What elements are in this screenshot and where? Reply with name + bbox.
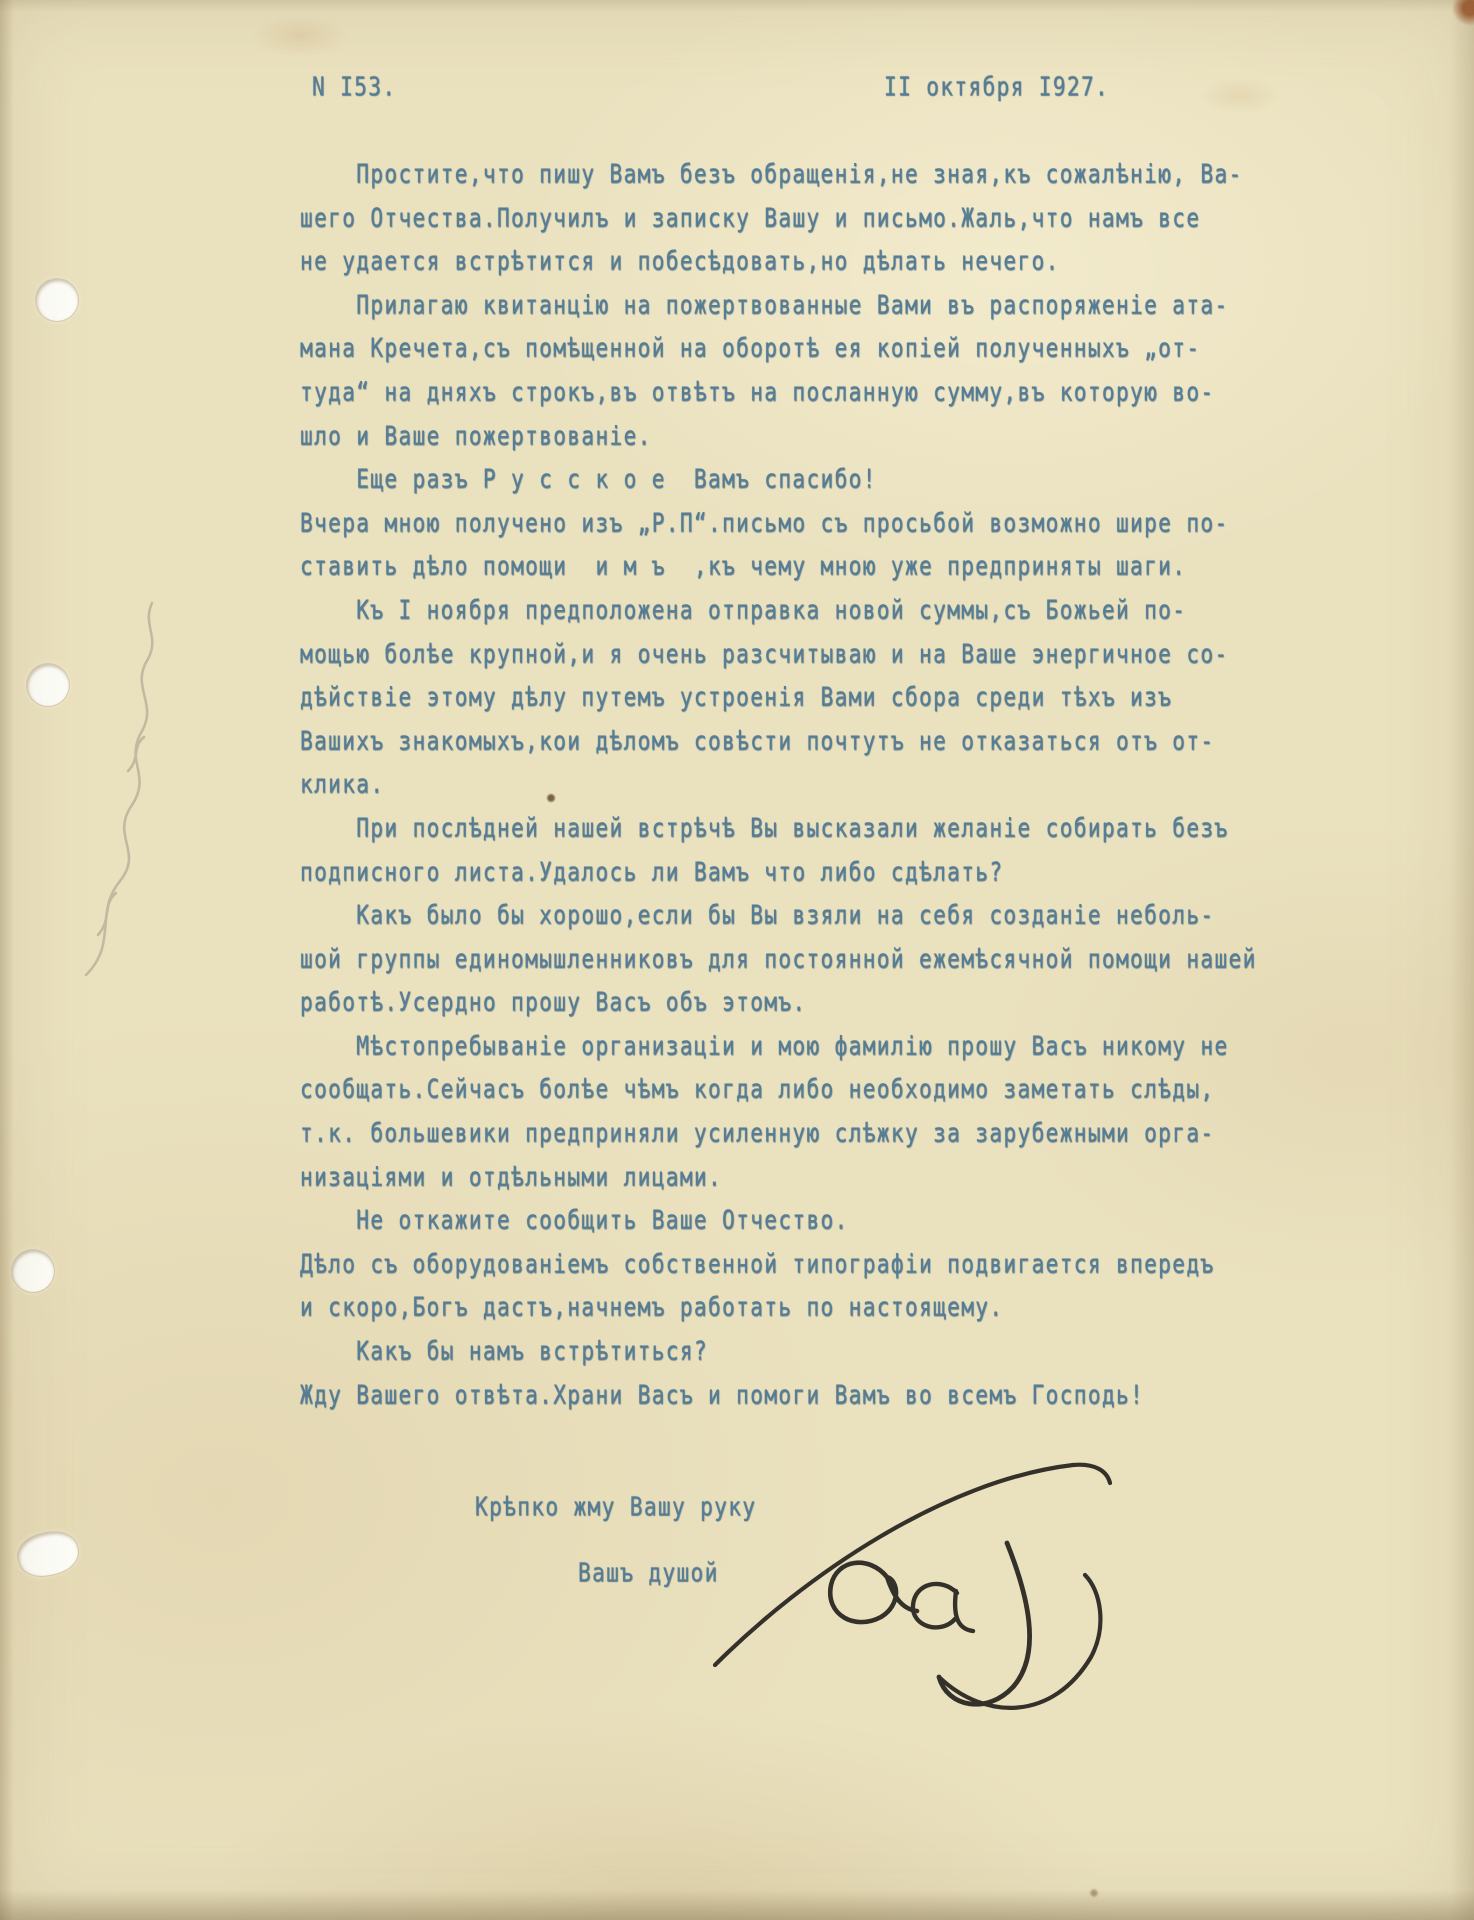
typed-line: Не откажите сообщить Ваше Отчество. <box>300 1198 1474 1242</box>
typed-line: Прилагаю квитанцію на пожертвованные Вам… <box>300 283 1474 327</box>
letter-date: II октября I927. <box>884 72 1109 102</box>
punch-hole <box>27 664 69 706</box>
punch-hole <box>12 1250 54 1292</box>
closing-line: Крѣпко жму Вашу руку <box>475 1492 756 1522</box>
typed-line: дѣйствіе этому дѣлу путемъ устроенія Вам… <box>300 675 1474 719</box>
typed-line: Какъ было бы хорошо,если бы Вы взяли на … <box>300 893 1474 937</box>
typed-line: шего Отчества.Получилъ и записку Вашу и … <box>300 196 1474 240</box>
typed-line: туда“ на дняхъ строкъ,въ отвѣтъ на посла… <box>300 370 1474 414</box>
letter-body: Простите,что пишу Вамъ безъ обращенія,не… <box>300 152 1474 1416</box>
typed-line: шло и Ваше пожертвованіе. <box>300 414 1474 458</box>
typed-line: Къ I ноября предположена отправка новой … <box>300 588 1474 632</box>
typed-line: Еще разъ Р у с с к о е Вамъ спасибо! <box>300 457 1474 501</box>
typed-line: ставить дѣло помощи и м ъ ,къ чему мною … <box>300 544 1474 588</box>
typed-line: работѣ.Усердно прошу Васъ объ этомъ. <box>300 980 1474 1024</box>
letter-scan: N I53. II октября I927. Простите,что пиш… <box>0 0 1474 1920</box>
typed-line: не удается встрѣтится и побесѣдовать,но … <box>300 239 1474 283</box>
typed-line: и скоро,Богъ дастъ,начнемъ работать по н… <box>300 1285 1474 1329</box>
margin-pencil-note <box>28 575 178 995</box>
signature <box>655 1425 1135 1745</box>
typed-line: Вчера мною получено изъ „Р.П“.письмо съ … <box>300 501 1474 545</box>
letter-number: N I53. <box>312 72 396 102</box>
typed-line: Жду Вашего отвѣта.Храни Васъ и помоги Ва… <box>300 1373 1474 1417</box>
typed-line: Простите,что пишу Вамъ безъ обращенія,не… <box>300 152 1474 196</box>
typed-line: т.к. большевики предприняли усиленную сл… <box>300 1111 1474 1155</box>
typed-line: мощью болѣе крупной,и я очень разсчитыва… <box>300 632 1474 676</box>
typed-line: подписного листа.Удалось ли Вамъ что либ… <box>300 850 1474 894</box>
signoff-line: Вашъ душой <box>578 1558 719 1588</box>
typed-line: мана Кречета,съ помѣщенной на оборотѣ ея… <box>300 326 1474 370</box>
typed-line: сообщать.Сейчасъ болѣе чѣмъ когда либо н… <box>300 1067 1474 1111</box>
typed-line: Какъ бы намъ встрѣтиться? <box>300 1329 1474 1373</box>
typed-line: Вашихъ знакомыхъ,кои дѣломъ совѣсти почт… <box>300 719 1474 763</box>
typed-line: низаціями и отдѣльными лицами. <box>300 1155 1474 1199</box>
typed-line: клика. <box>300 762 1474 806</box>
punch-hole <box>36 279 78 321</box>
typed-line: шой группы единомышленниковъ для постоян… <box>300 937 1474 981</box>
punch-hole <box>14 1527 81 1581</box>
typed-line: Дѣло съ оборудованіемъ собственной типог… <box>300 1242 1474 1286</box>
typed-line: Мѣстопребываніе организаціи и мою фамилі… <box>300 1024 1474 1068</box>
typed-line: При послѣдней нашей встрѣчѣ Вы высказали… <box>300 806 1474 850</box>
